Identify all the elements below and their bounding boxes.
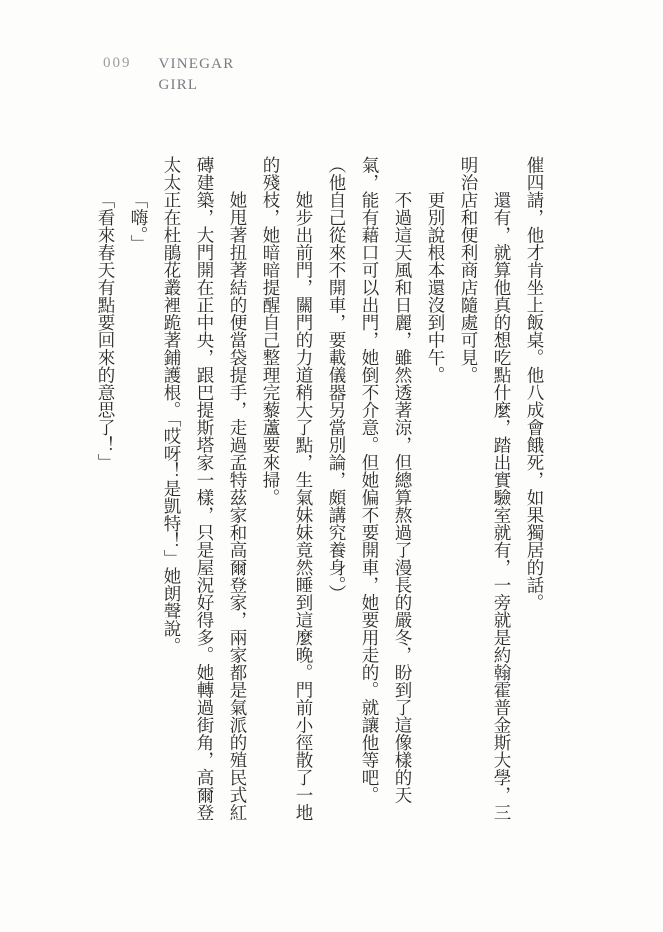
paragraph-3: 更別說根本還沒到中午。 (419, 156, 452, 821)
paragraph-6: 她甩著扭著結的便當袋提手，走過孟特茲家和高爾登家，兩家都是氣派的殖民式紅磚建築，… (155, 156, 254, 821)
vertical-text-block: 催四請，他才肯坐上飯桌。他八成會餓死，如果獨居的話。 還有，就算他真的想吃點什麼… (89, 156, 551, 821)
running-header: 009 VINEGAR GIRL (103, 54, 234, 96)
paragraph-2: 還有，就算他真的想吃點什麼，踏出實驗室就有，一旁就是約翰霍普金斯大學，三明治店和… (452, 156, 518, 821)
paragraph-dialogue-1: 「嗨。」 (122, 156, 155, 821)
ebook-reader-page: { "page": { "background_color": "#fdfdfc… (0, 0, 663, 932)
book-title: VINEGAR GIRL (159, 54, 235, 96)
book-title-line2: GIRL (159, 75, 235, 96)
paragraph-dialogue-2: 「看來春天有點要回來的意思了！」 (89, 156, 122, 821)
book-page: 009 VINEGAR GIRL 催四請，他才肯坐上飯桌。他八成會餓死，如果獨居… (0, 0, 663, 932)
paragraph-5: 她步出前門，關門的力道稍大了點，生氣妹妹竟然睡到這麼晚。門前小徑散了一地的殘枝，… (254, 156, 320, 821)
page-number: 009 (103, 54, 132, 73)
paragraph-4: 不過這天風和日麗，雖然透著涼，但總算熬過了漫長的嚴冬，盼到了這像樣的天氣，能有藉… (320, 156, 419, 821)
paragraph-continuation: 催四請，他才肯坐上飯桌。他八成會餓死，如果獨居的話。 (518, 156, 551, 821)
book-title-line1: VINEGAR (159, 54, 235, 75)
